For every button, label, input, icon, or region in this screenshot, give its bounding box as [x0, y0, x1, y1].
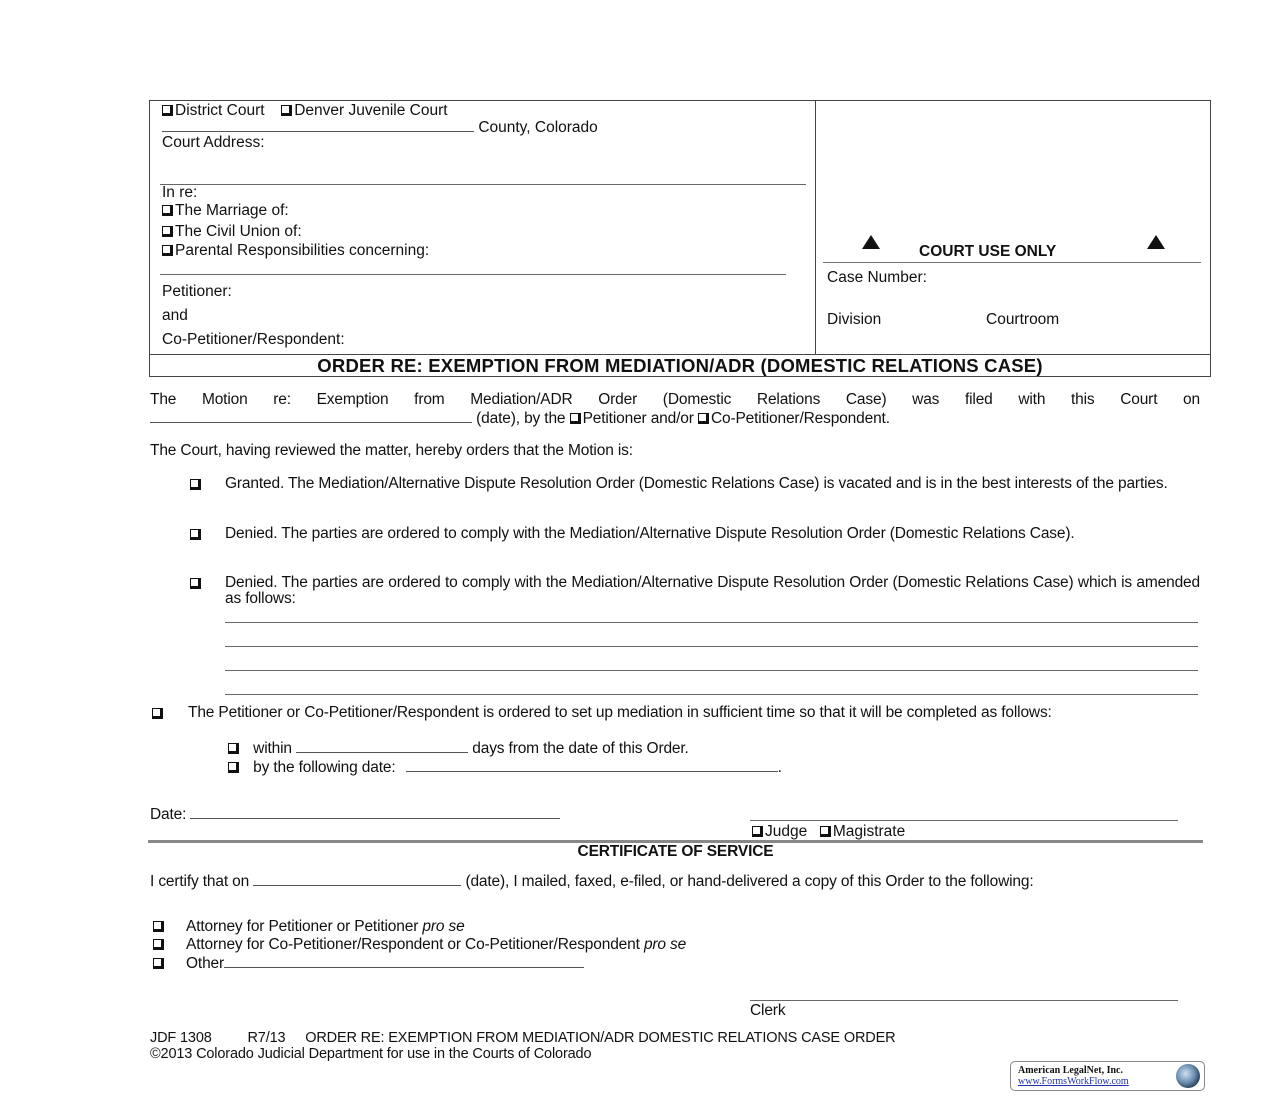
courtroom-label: Courtroom	[986, 311, 1059, 329]
petitioner-label: Petitioner:	[162, 283, 232, 301]
footer-copyright: ©2013 Colorado Judicial Department for u…	[150, 1046, 591, 1062]
granted-checkbox[interactable]	[190, 479, 201, 490]
marriage-checkbox[interactable]	[162, 205, 173, 216]
denver-juvenile-court-checkbox[interactable]	[281, 105, 292, 116]
county-field[interactable]	[162, 118, 474, 132]
court-address-line[interactable]	[160, 184, 806, 185]
footer-form-line: JDF 1308 R7/13 ORDER RE: EXEMPTION FROM …	[150, 1030, 895, 1046]
clerk-signature-line[interactable]	[750, 1000, 1178, 1001]
amendment-line-3[interactable]	[225, 670, 1198, 671]
certificate-suffix: (date), I mailed, faxed, e-filed, or han…	[465, 873, 1033, 890]
matter-option-civil-union: The Civil Union of:	[162, 223, 302, 241]
logo-url-link[interactable]: www.FormsWorkFlow.com	[1018, 1076, 1129, 1087]
judge-label: Judge	[765, 823, 807, 840]
recipient-co-petitioner-label: Attorney for Co-Petitioner/Respondent or…	[186, 936, 644, 953]
judge-signature-line[interactable]	[750, 820, 1178, 821]
judge-checkbox[interactable]	[752, 826, 763, 837]
order-option-denied-amended: Denied. The parties are ordered to compl…	[190, 575, 1200, 607]
magistrate-checkbox[interactable]	[820, 826, 831, 837]
recipient-other-label: Other	[186, 955, 224, 972]
recipient-petitioner-checkbox[interactable]	[153, 921, 164, 932]
american-legalnet-logo[interactable]: American LegalNet, Inc. www.FormsWorkFlo…	[1010, 1061, 1205, 1091]
court-address-label: Court Address:	[162, 134, 265, 152]
motion-co-petitioner-checkbox[interactable]	[698, 413, 709, 424]
amendment-line-2[interactable]	[225, 646, 1198, 647]
civil-union-label: The Civil Union of:	[175, 223, 302, 240]
civil-union-checkbox[interactable]	[162, 226, 173, 237]
denied-checkbox[interactable]	[190, 529, 201, 540]
by-date-period: .	[778, 759, 782, 776]
triangle-up-icon-right	[1147, 235, 1165, 249]
order-date-row: Date:	[150, 805, 560, 824]
matter-option-marriage: The Marriage of:	[162, 202, 289, 220]
parties-name-line[interactable]	[160, 274, 786, 275]
certificate-paragraph: I certify that on (date), I mailed, faxe…	[150, 872, 1200, 890]
motion-date-suffix: (date), by the	[476, 410, 565, 427]
district-court-label: District Court	[175, 102, 265, 119]
recipient-co-petitioner-checkbox[interactable]	[153, 939, 164, 950]
certificate-title: CERTIFICATE OF SERVICE	[148, 843, 1203, 861]
globe-icon	[1176, 1064, 1200, 1088]
marriage-label: The Marriage of:	[175, 202, 289, 219]
recipient-other-field[interactable]	[224, 954, 584, 968]
motion-date-field[interactable]	[150, 409, 472, 423]
case-number-label: Case Number:	[827, 269, 927, 287]
denver-juvenile-court-label: Denver Juvenile Court	[294, 102, 447, 119]
court-use-only-label: COURT USE ONLY	[919, 243, 1056, 261]
denied-text: Denied. The parties are ordered to compl…	[225, 526, 1200, 542]
mediation-option: The Petitioner or Co-Petitioner/Responde…	[152, 705, 1200, 721]
motion-paragraph: The Motion re: Exemption from Mediation/…	[150, 391, 1200, 428]
by-date-checkbox[interactable]	[228, 762, 239, 773]
court-use-only-line	[823, 262, 1201, 263]
denied-amended-checkbox[interactable]	[190, 578, 201, 589]
by-date-field[interactable]	[406, 758, 778, 772]
order-date-field[interactable]	[190, 805, 560, 819]
pro-se-italic: pro se	[422, 918, 464, 935]
county-suffix: County, Colorado	[478, 119, 597, 136]
mediation-by-date-row: by the following date: .	[228, 758, 782, 777]
clerk-label: Clerk	[750, 1002, 785, 1020]
court-review-text: The Court, having reviewed the matter, h…	[150, 442, 633, 460]
recipient-petitioner: Attorney for Petitioner or Petitioner pr…	[153, 918, 465, 936]
division-label: Division	[827, 311, 881, 329]
certificate-date-field[interactable]	[253, 872, 461, 886]
by-date-label: by the following date:	[253, 759, 395, 776]
motion-text: The Motion re: Exemption from Mediation/…	[150, 391, 1200, 408]
mediation-checkbox[interactable]	[152, 708, 163, 719]
in-re-label: In re:	[162, 184, 197, 202]
form-id: JDF 1308	[150, 1030, 212, 1046]
amendment-line-4[interactable]	[225, 694, 1198, 695]
triangle-up-icon-left	[862, 235, 880, 249]
granted-text: Granted. The Mediation/Alternative Dispu…	[225, 476, 1200, 492]
motion-petitioner-checkbox[interactable]	[570, 413, 581, 424]
order-option-granted: Granted. The Mediation/Alternative Dispu…	[190, 476, 1200, 492]
form-revision: R7/13	[247, 1030, 285, 1046]
amendment-line-1[interactable]	[225, 622, 1198, 623]
motion-petitioner-label: Petitioner and/or	[583, 410, 694, 427]
district-court-checkbox[interactable]	[162, 105, 173, 116]
certificate-prefix: I certify that on	[150, 873, 249, 890]
order-option-denied: Denied. The parties are ordered to compl…	[190, 526, 1200, 542]
recipient-co-petitioner: Attorney for Co-Petitioner/Respondent or…	[153, 936, 686, 954]
parental-responsibilities-label: Parental Responsibilities concerning:	[175, 242, 429, 259]
signer-type-row: Judge Magistrate	[752, 823, 905, 841]
document-title: ORDER RE: EXEMPTION FROM MEDIATION/ADR (…	[149, 355, 1211, 377]
recipient-other-checkbox[interactable]	[153, 958, 164, 969]
within-days-checkbox[interactable]	[228, 743, 239, 754]
and-label: and	[162, 307, 188, 325]
co-petitioner-label: Co-Petitioner/Respondent:	[162, 331, 345, 349]
motion-co-petitioner-label: Co-Petitioner/Respondent.	[711, 410, 890, 427]
denied-amended-text: Denied. The parties are ordered to compl…	[225, 575, 1200, 607]
magistrate-label: Magistrate	[833, 823, 905, 840]
recipient-other: Other	[153, 954, 584, 973]
caption-divider-vertical	[815, 100, 816, 355]
order-date-label: Date:	[150, 806, 186, 823]
form-title: ORDER RE: EXEMPTION FROM MEDIATION/ADR D…	[305, 1030, 895, 1046]
logo-company: American LegalNet, Inc.	[1018, 1065, 1123, 1076]
mediation-within-row: within days from the date of this Order.	[228, 739, 689, 758]
within-label: within	[253, 740, 292, 757]
matter-option-parental: Parental Responsibilities concerning:	[162, 242, 429, 260]
within-suffix: days from the date of this Order.	[472, 740, 688, 757]
within-days-field[interactable]	[296, 739, 468, 753]
recipient-petitioner-label: Attorney for Petitioner or Petitioner	[186, 918, 422, 935]
parental-responsibilities-checkbox[interactable]	[162, 245, 173, 256]
pro-se-italic: pro se	[644, 936, 686, 953]
mediation-text: The Petitioner or Co-Petitioner/Responde…	[188, 705, 1200, 721]
